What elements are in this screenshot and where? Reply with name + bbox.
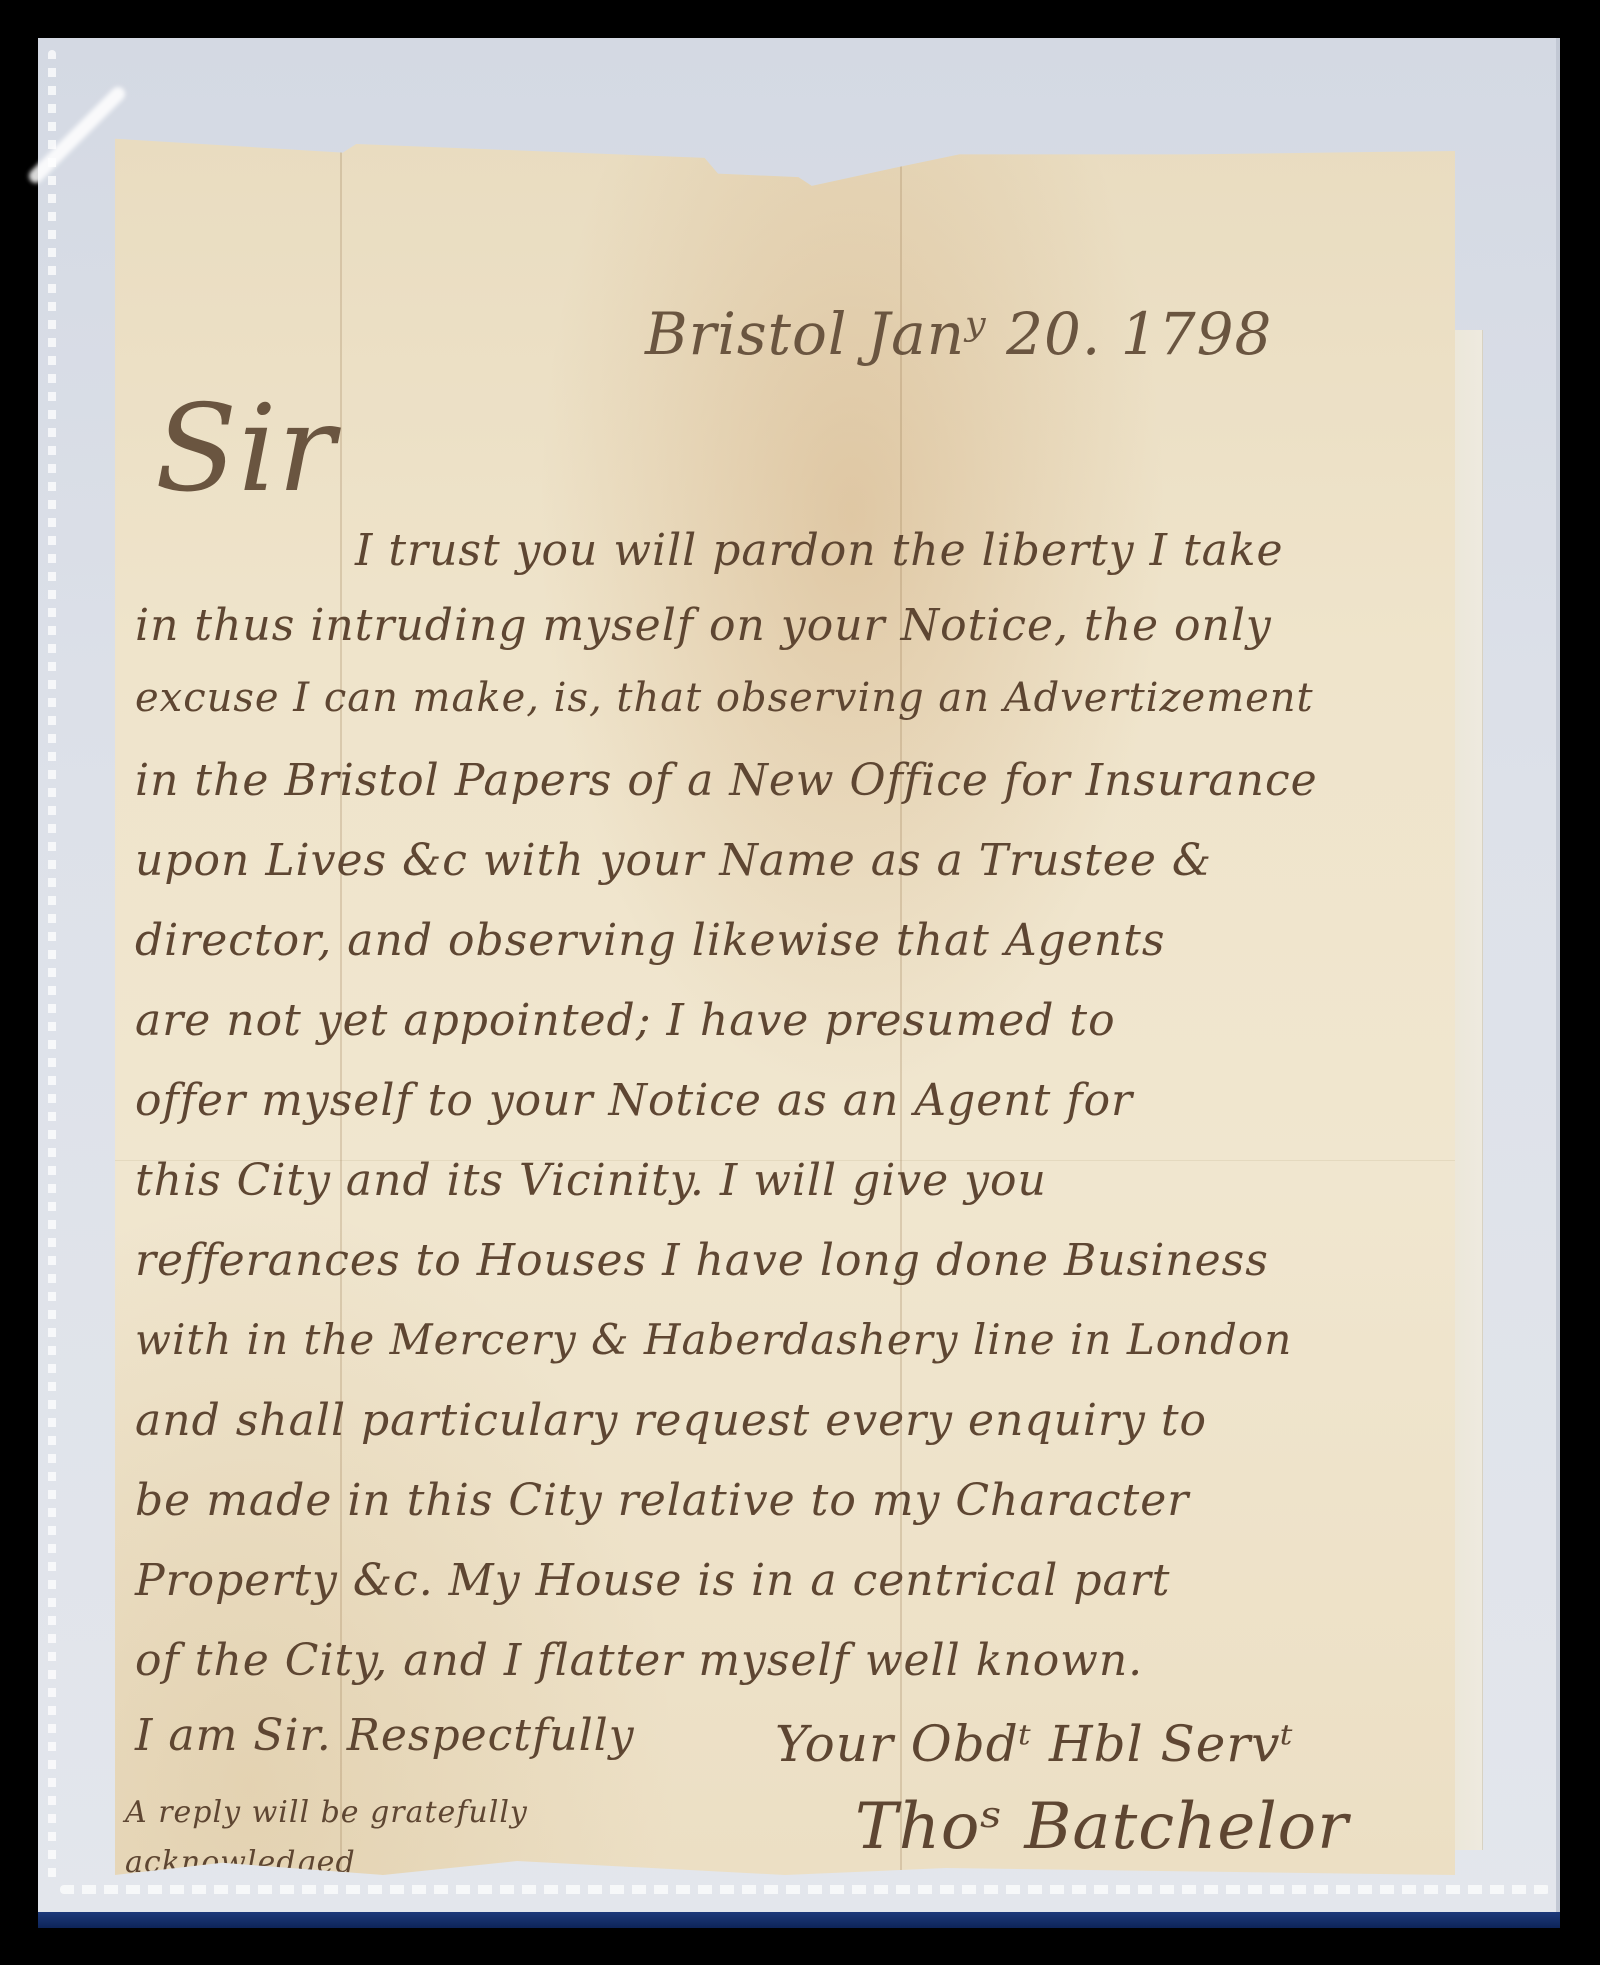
body-line: upon Lives &c with your Name as a Truste… xyxy=(135,835,1212,886)
sleeve-perforation-bottom xyxy=(60,1885,1550,1894)
body-line: offer myself to your Notice as an Agent … xyxy=(135,1075,1133,1126)
body-line: Property &c. My House is in a centrical … xyxy=(135,1555,1170,1606)
body-line: in the Bristol Papers of a New Office fo… xyxy=(135,755,1318,806)
dateline: Bristol Janʸ 20. 1798 xyxy=(645,300,1272,368)
body-line: I trust you will pardon the liberty I ta… xyxy=(355,525,1284,576)
sleeve-perforation-left xyxy=(48,50,56,1880)
salutation: Sir xyxy=(155,380,336,519)
closing: Your Obdᵗ Hbl Servᵗ xyxy=(775,1715,1294,1773)
body-line: with in the Mercery & Haberdashery line … xyxy=(135,1315,1292,1364)
body-line: and shall particulary request every enqu… xyxy=(135,1395,1207,1446)
letter-page: Bristol Janʸ 20. 1798 Sir I trust you wi… xyxy=(115,130,1455,1875)
sleeve-edge-right xyxy=(1556,38,1560,1928)
body-line: refferances to Houses I have long done B… xyxy=(135,1235,1269,1286)
body-line: I am Sir. Respectfully xyxy=(135,1710,635,1761)
postscript-line: A reply will be gratefully xyxy=(125,1795,528,1830)
body-line: excuse I can make, is, that observing an… xyxy=(135,675,1314,721)
body-line: of the City, and I flatter myself well k… xyxy=(135,1635,1143,1686)
body-line: this City and its Vicinity. I will give … xyxy=(135,1155,1047,1206)
body-line: in thus intruding myself on your Notice,… xyxy=(135,600,1272,651)
body-line: director, and observing likewise that Ag… xyxy=(135,915,1165,966)
body-line: be made in this City relative to my Char… xyxy=(135,1475,1189,1526)
signature: Thoˢ Batchelor xyxy=(855,1790,1349,1864)
sleeve-binding-band xyxy=(38,1912,1560,1928)
body-line: are not yet appointed; I have presumed t… xyxy=(135,995,1116,1046)
